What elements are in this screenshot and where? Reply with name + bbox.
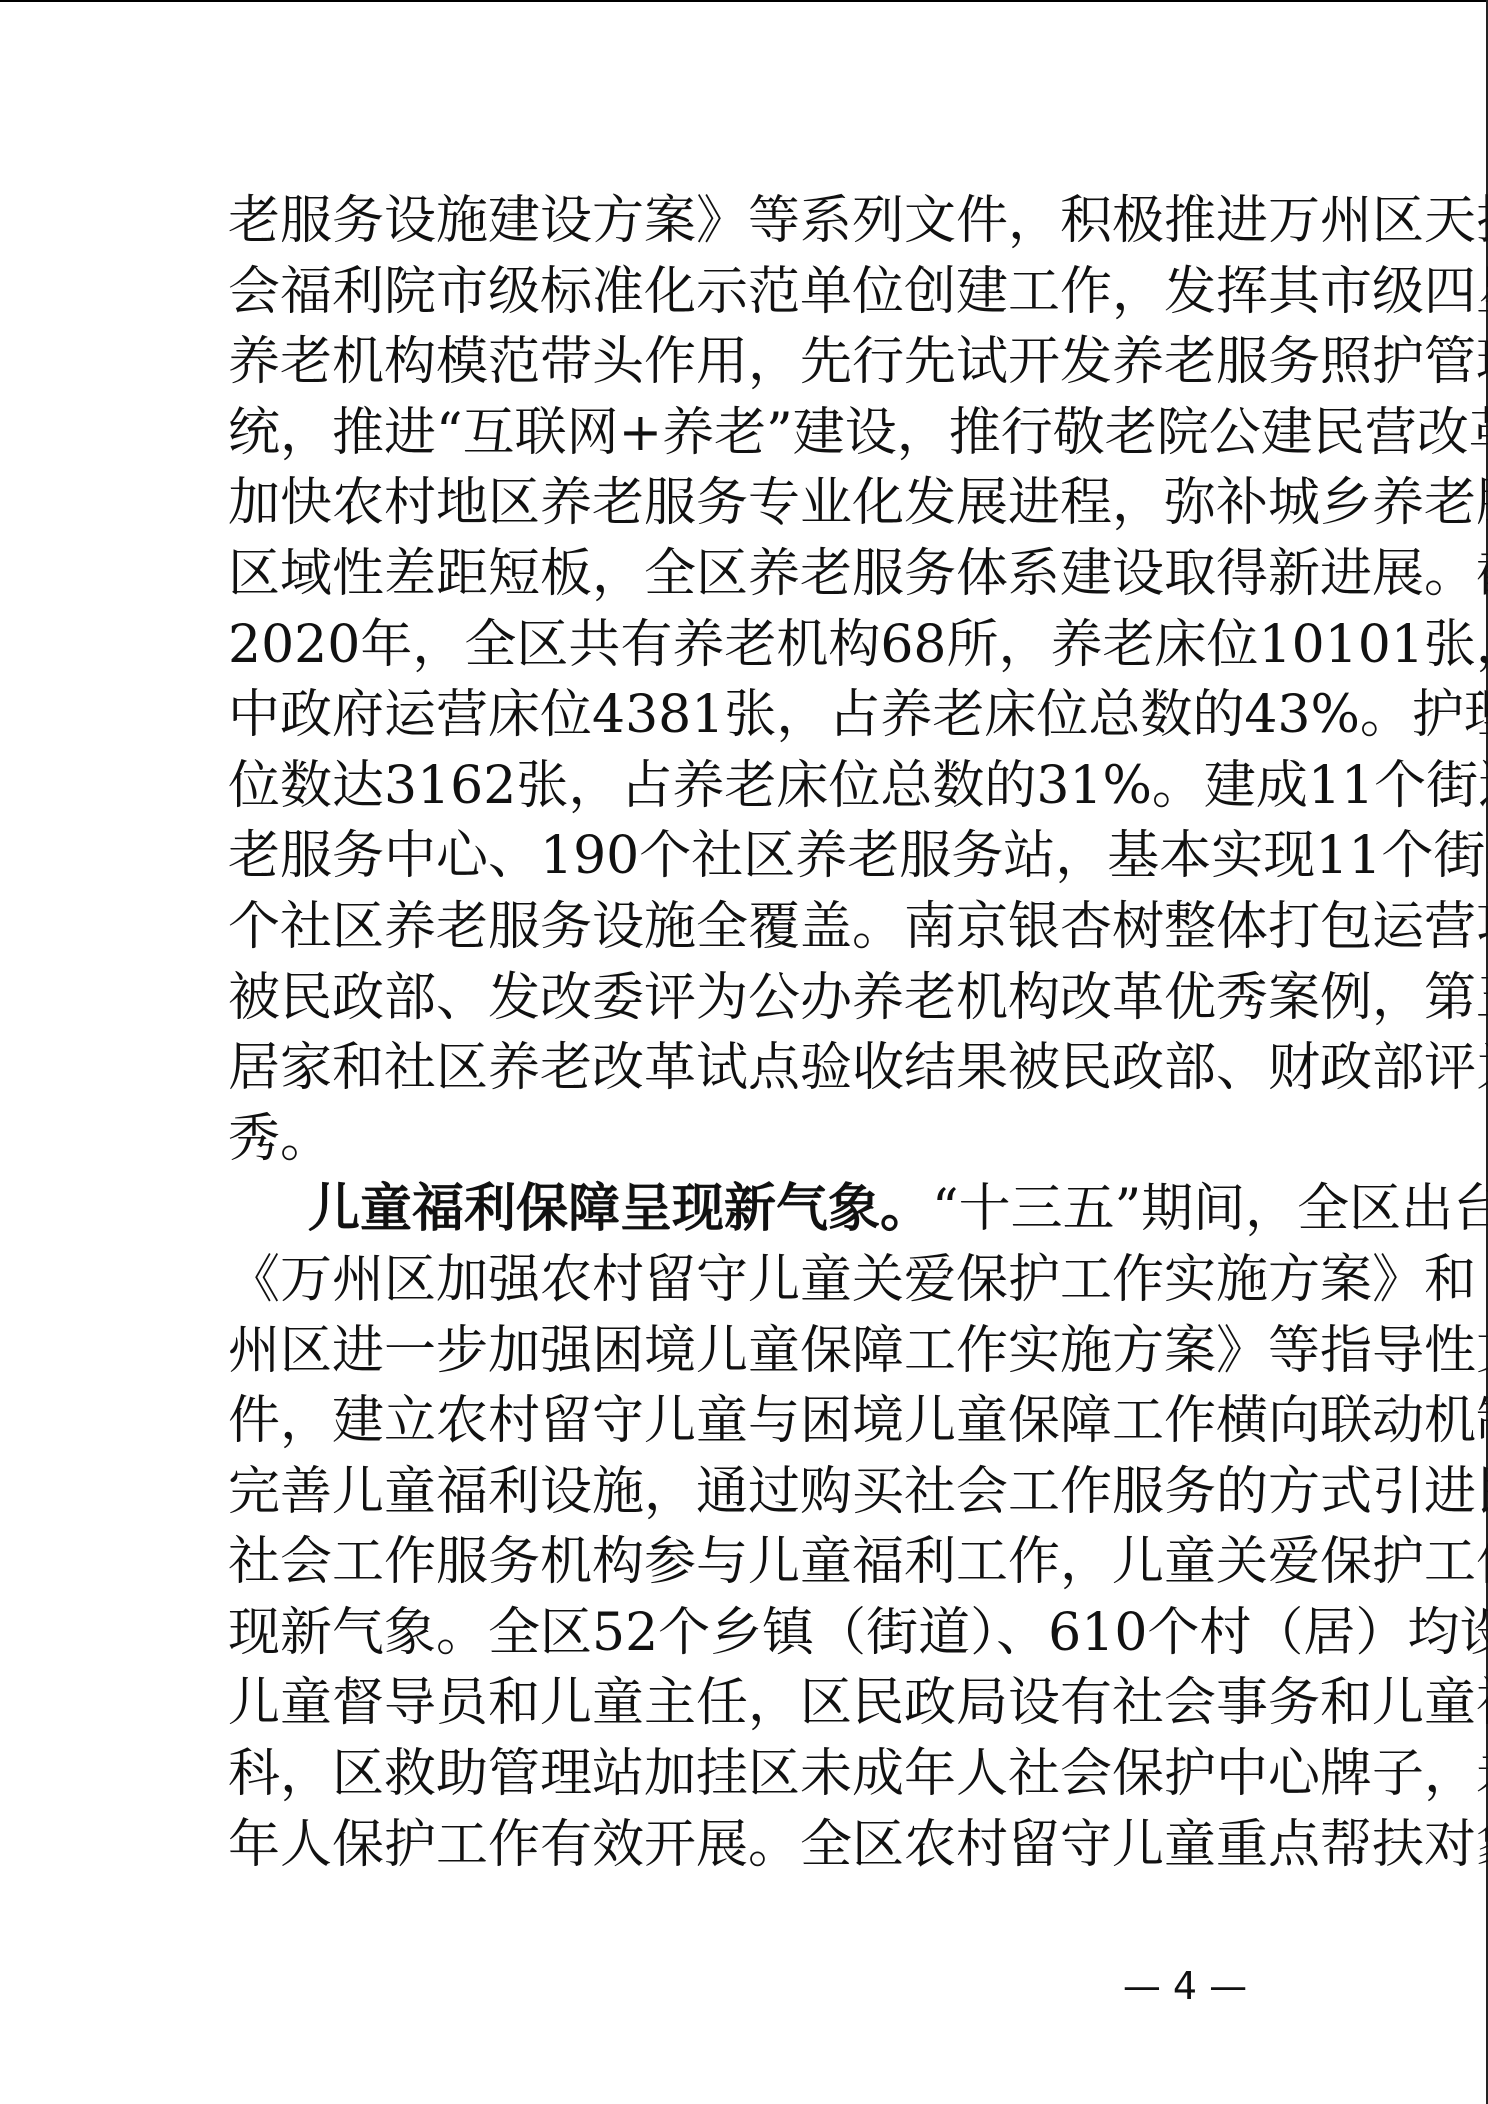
text-line: 《万州区加强农村留守儿童关爱保护工作实施方案》和《万 (228, 1245, 1264, 1316)
document-body: 老服务设施建设方案》等系列文件，积极推进万州区天援社 会福利院市级标准化示范单位… (228, 186, 1264, 1880)
text-line: 件，建立农村留守儿童与困境儿童保障工作横向联动机制， (228, 1386, 1264, 1457)
paragraph-child-welfare: 儿童福利保障呈现新气象。“十三五”期间，全区出台 《万州区加强农村留守儿童关爱保… (228, 1174, 1264, 1880)
text-line: 统，推进“互联网+养老”建设，推行敬老院公建民营改革， (228, 398, 1264, 469)
text-line: 居家和社区养老改革试点验收结果被民政部、财政部评为优 (228, 1033, 1264, 1104)
text-line: 养老机构模范带头作用，先行先试开发养老服务照护管理系 (228, 327, 1264, 398)
text-line: 州区进一步加强困境儿童保障工作实施方案》等指导性文 (228, 1316, 1264, 1387)
text-line: 个社区养老服务设施全覆盖。南京银杏树整体打包运营项目 (228, 892, 1264, 963)
page-number: — 4 — (1120, 1958, 1250, 2014)
text-line: 秀。 (228, 1104, 1264, 1175)
page-top-border (0, 0, 1488, 2)
text-line: “十三五”期间，全区出台 (932, 1179, 1488, 1239)
text-line: 加快农村地区养老服务专业化发展进程，弥补城乡养老服务 (228, 468, 1264, 539)
text-line: 2020年，全区共有养老机构68所，养老床位10101张，其 (228, 610, 1264, 681)
text-line: 区域性差距短板，全区养老服务体系建设取得新进展。截止 (228, 539, 1264, 610)
text-line: 完善儿童福利设施，通过购买社会工作服务的方式引进民办 (228, 1457, 1264, 1528)
text-line: 科，区救助管理站加挂区未成年人社会保护中心牌子，未成 (228, 1739, 1264, 1810)
text-line: 社会工作服务机构参与儿童福利工作，儿童关爱保护工作呈 (228, 1527, 1264, 1598)
text-line: 老服务中心、190个社区养老服务站，基本实现11个街道197 (228, 821, 1264, 892)
text-line: 年人保护工作有效开展。全区农村留守儿童重点帮扶对象状 (228, 1810, 1264, 1881)
paragraph-elderly-services: 老服务设施建设方案》等系列文件，积极推进万州区天援社 会福利院市级标准化示范单位… (228, 186, 1264, 1174)
text-line-with-heading: 儿童福利保障呈现新气象。“十三五”期间，全区出台 (228, 1174, 1264, 1245)
text-line: 被民政部、发改委评为公办养老机构改革优秀案例，第五批 (228, 963, 1264, 1034)
text-line: 儿童督导员和儿童主任，区民政局设有社会事务和儿童福利 (228, 1668, 1264, 1739)
text-line: 位数达3162张，占养老床位总数的31%。建成11个街道养 (228, 751, 1264, 822)
section-heading: 儿童福利保障呈现新气象。 (308, 1179, 932, 1239)
text-line: 老服务设施建设方案》等系列文件，积极推进万州区天援社 (228, 186, 1264, 257)
text-line: 现新气象。全区52个乡镇（街道）、610个村（居）均设立 (228, 1598, 1264, 1669)
text-line: 中政府运营床位4381张，占养老床位总数的43%。护理型床 (228, 680, 1264, 751)
text-line: 会福利院市级标准化示范单位创建工作，发挥其市级四星级 (228, 257, 1264, 328)
